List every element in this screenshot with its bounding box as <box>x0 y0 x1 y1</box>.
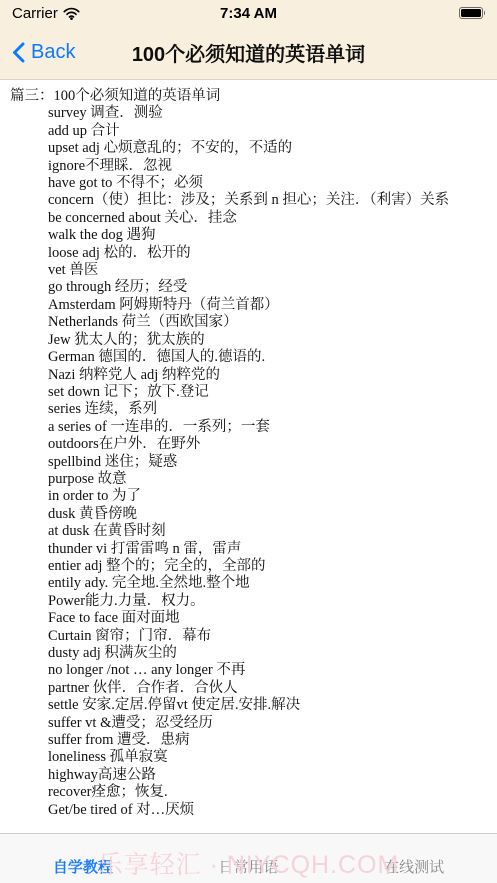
vocab-line: at dusk 在黄昏时刻 <box>0 523 497 540</box>
app-screen: Carrier 7:34 AM 100个必须知道的英语单词 <box>0 0 497 883</box>
vocab-line: Amsterdam 阿姆斯特丹（荷兰首都） <box>0 297 497 314</box>
back-button-label: Back <box>31 41 75 64</box>
vocab-line: upset adj 心烦意乱的；不安的，不适的 <box>0 140 497 157</box>
tab-label: 日常用语 <box>219 856 279 877</box>
vocab-line: dusk 黄昏傍晚 <box>0 506 497 523</box>
vocab-line: suffer from 遭受．患病 <box>0 732 497 749</box>
vocab-line: spellbind 迷住；疑惑 <box>0 454 497 471</box>
vocab-line: outdoors在户外．在野外 <box>0 436 497 453</box>
vocab-content[interactable]: 篇三：100个必须知道的英语单词 survey 调查．测验add up 合计up… <box>0 80 497 833</box>
vocab-line: a series of 一连串的．一系列；一套 <box>0 419 497 436</box>
vocab-line: loose adj 松的．松开的 <box>0 245 497 262</box>
tab-label: 自学教程 <box>53 856 113 877</box>
vocab-line: go through 经历；经受 <box>0 279 497 296</box>
vocab-line: partner 伙伴．合作者．合伙人 <box>0 680 497 697</box>
vocab-line: entily ady. 完全地.全然地.整个地 <box>0 575 497 592</box>
vocab-line: add up 合计 <box>0 123 497 140</box>
vocab-line: suffer vt &遭受；忍受经历 <box>0 715 497 732</box>
vocab-line: in order to 为了 <box>0 488 497 505</box>
carrier-label: Carrier <box>12 5 58 22</box>
vocab-line: concern（使）担比：涉及；关系到 n 担心；关注．（利害）关系 <box>0 192 497 209</box>
back-chevron-icon <box>12 42 25 63</box>
tab-online-test[interactable]: 在线测试 <box>331 834 497 883</box>
vocab-line: thunder vi 打雷雷鸣 n 雷，雷声 <box>0 541 497 558</box>
wifi-icon <box>63 7 80 20</box>
vocab-line: entier adj 整个的；完全的，全部的 <box>0 558 497 575</box>
vocab-line: be concerned about 关心．挂念 <box>0 210 497 227</box>
vocab-line: Curtain 窗帘；门帘．幕布 <box>0 628 497 645</box>
vocab-line: dusty adj 积满灰尘的 <box>0 645 497 662</box>
vocab-line: no longer /not … any longer 不再 <box>0 662 497 679</box>
tab-daily-phrases[interactable]: 日常用语 <box>166 834 332 883</box>
back-button[interactable]: Back <box>12 41 75 64</box>
vocab-line: purpose 故意 <box>0 471 497 488</box>
vocab-line: ignore不理睬．忽视 <box>0 158 497 175</box>
vocab-line: Jew 犹太人的；犹太族的 <box>0 332 497 349</box>
nav-bar: 100个必须知道的英语单词 Back <box>0 26 497 80</box>
vocab-line: German 德国的．德国人的.德语的. <box>0 349 497 366</box>
vocab-line: series 连续，系列 <box>0 401 497 418</box>
vocab-list: survey 调查．测验add up 合计upset adj 心烦意乱的；不安的… <box>0 105 497 819</box>
vocab-line: settle 安家.定居.停留vt 使定居.安排.解决 <box>0 697 497 714</box>
vocab-line: set down 记下；放下.登记 <box>0 384 497 401</box>
vocab-line: Get/be tired of 对…厌烦 <box>0 802 497 819</box>
vocab-line: Face to face 面对面地 <box>0 610 497 627</box>
battery-icon <box>459 7 486 19</box>
vocab-line: loneliness 孤单寂寞 <box>0 749 497 766</box>
section-header: 篇三：100个必须知道的英语单词 <box>0 88 497 105</box>
vocab-line: have got to 不得不；必须 <box>0 175 497 192</box>
vocab-line: highway高速公路 <box>0 767 497 784</box>
vocab-line: Netherlands 荷兰（西欧国家） <box>0 314 497 331</box>
status-bar: Carrier 7:34 AM <box>0 0 497 26</box>
vocab-line: recover痊愈；恢复. <box>0 784 497 801</box>
tab-label: 在线测试 <box>384 856 444 877</box>
tab-self-study[interactable]: 自学教程 <box>0 834 166 883</box>
vocab-line: Power能力.力量．权力。 <box>0 593 497 610</box>
vocab-line: survey 调查．测验 <box>0 105 497 122</box>
vocab-line: Nazi 纳粹党人 adj 纳粹党的 <box>0 367 497 384</box>
tab-bar: 自学教程日常用语在线测试 <box>0 833 497 883</box>
vocab-line: vet 兽医 <box>0 262 497 279</box>
vocab-line: walk the dog 遇狗 <box>0 227 497 244</box>
